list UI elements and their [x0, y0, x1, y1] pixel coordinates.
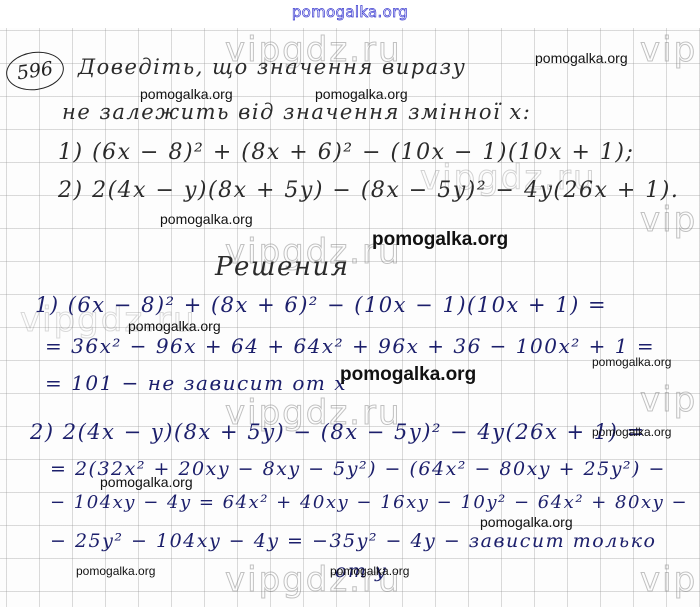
- solution-part1-line2: = 36x² − 96x + 64 + 64x² + 96x + 36 − 10…: [45, 334, 655, 358]
- overlay-watermark: pomogalka.org: [160, 211, 253, 227]
- overlay-watermark: pomogalka.org: [128, 318, 221, 334]
- overlay-watermark: pomogalka.org: [372, 229, 508, 251]
- solution-part2-line3: − 104xy − 4y = 64x² + 40xy − 16xy − 10y²…: [50, 492, 688, 513]
- background-watermark: vip: [640, 30, 697, 70]
- background-watermark: vip: [640, 560, 697, 600]
- task-number-badge: 596: [4, 48, 67, 94]
- overlay-watermark: pomogalka.org: [100, 474, 193, 490]
- overlay-watermark: pomogalka.org: [330, 564, 409, 578]
- background-watermark: vip: [640, 380, 697, 420]
- overlay-watermark: pomogalka.org: [340, 364, 476, 386]
- solution-part2-line1: 2) 2(4x − y)(8x + 5y) − (8x − 5y)² − 4y(…: [30, 420, 646, 444]
- overlay-watermark: pomogalka.org: [592, 425, 671, 439]
- solution-heading: Решения: [215, 252, 349, 282]
- overlay-watermark: pomogalka.org: [315, 86, 408, 102]
- solution-part2-line4: − 25y² − 104xy − 4y = −35y² − 4y − завис…: [50, 530, 656, 552]
- overlay-watermark: pomogalka.org: [592, 355, 671, 369]
- overlay-watermark: pomogalka.org: [76, 564, 155, 578]
- task-statement-line-2: не залежить від значення змінної x:: [62, 100, 531, 124]
- task-statement-line-1: Доведіть, що значення виразу: [78, 55, 466, 79]
- solution-part1-line3: = 101 − не зависит от x: [45, 371, 347, 395]
- task-item-1: 1) (6x − 8)² + (8x + 6)² − (10x − 1)(10x…: [58, 140, 634, 165]
- overlay-watermark: pomogalka.org: [140, 86, 233, 102]
- site-header-link[interactable]: pomogalka.org: [0, 3, 700, 21]
- scanned-homework-page: pomogalka.org vipgdz.ru vipgdz.ru vipgdz…: [0, 0, 700, 607]
- overlay-watermark: pomogalka.org: [480, 514, 573, 530]
- task-item-2: 2) 2(4x − y)(8x + 5y) − (8x − 5y)² − 4y(…: [58, 178, 679, 203]
- background-watermark: vip: [640, 200, 697, 240]
- solution-part1-line1: 1) (6x − 8)² + (8x + 6)² − (10x − 1)(10x…: [35, 293, 607, 317]
- overlay-watermark: pomogalka.org: [535, 50, 628, 66]
